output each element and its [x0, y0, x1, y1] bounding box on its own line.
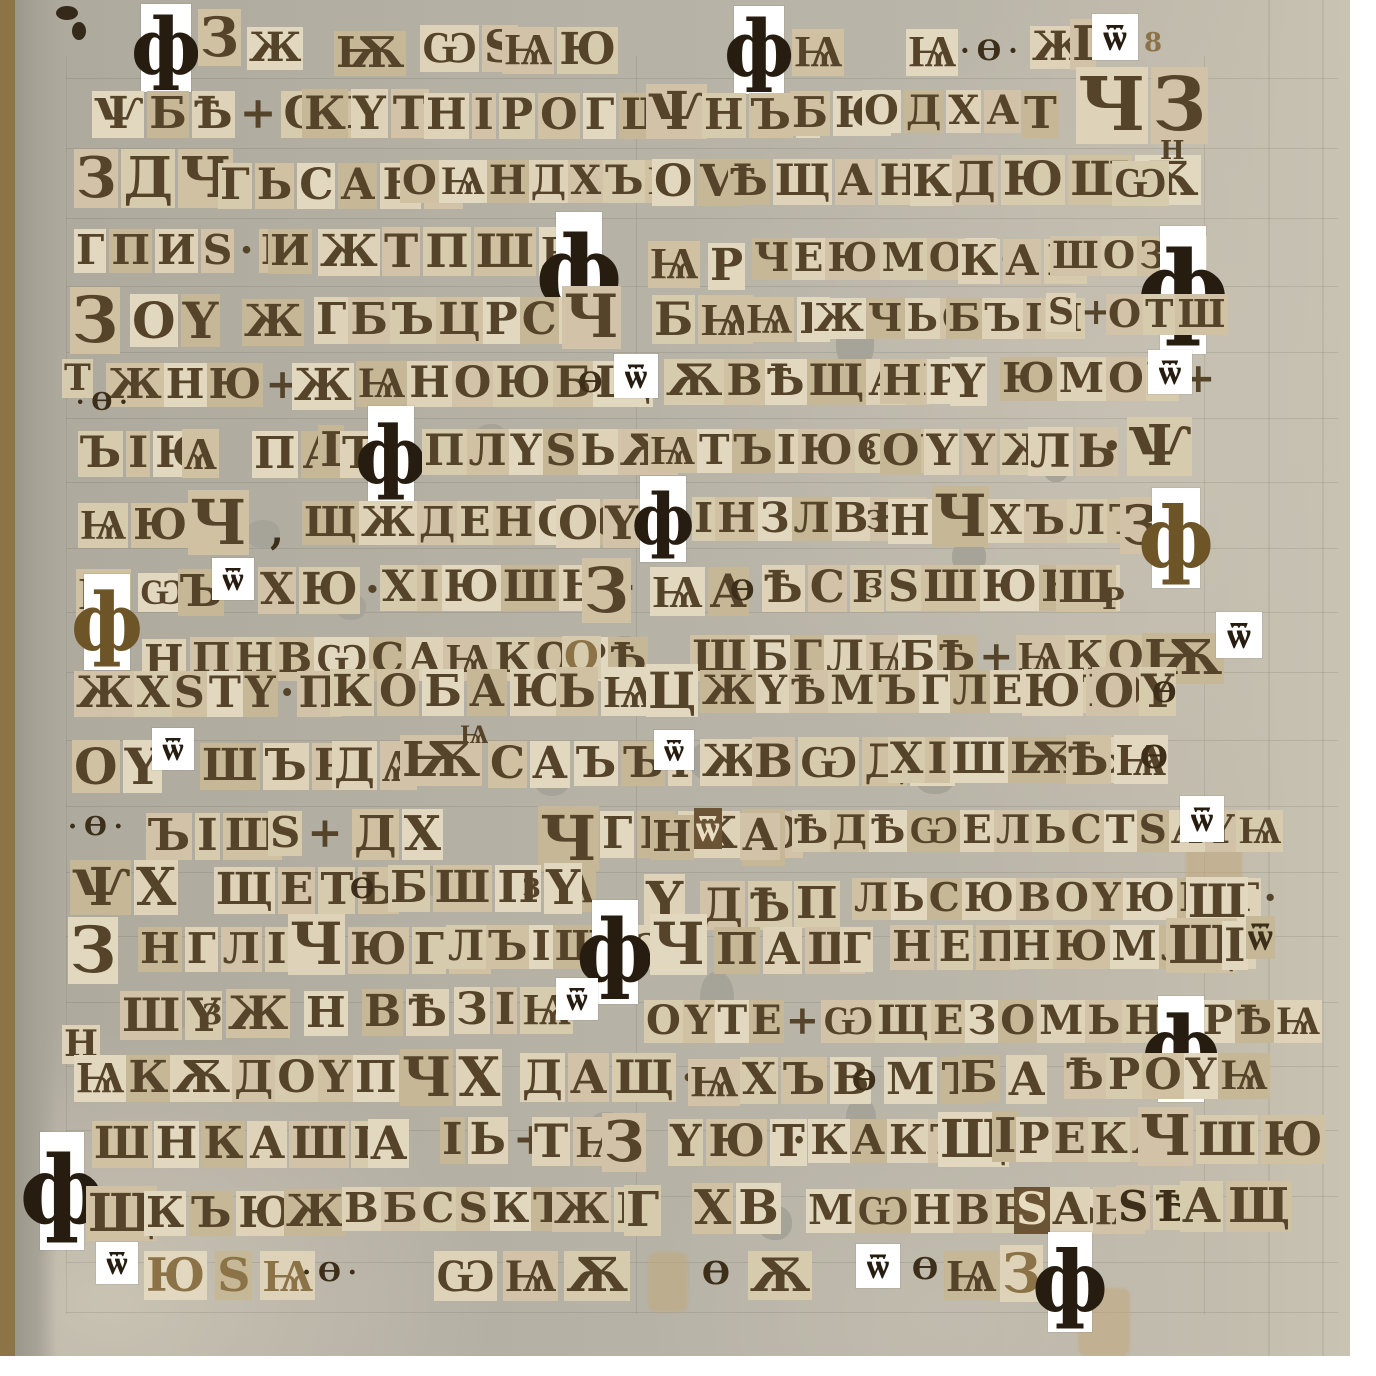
highlight-glyph: ѿ	[867, 1250, 889, 1282]
pasted-letter: Ү	[962, 429, 997, 475]
pasted-letter: Ь	[468, 1117, 508, 1164]
pasted-letter: Ж	[318, 229, 380, 276]
pasted-letter: Л	[792, 497, 832, 541]
pasted-letter: Г	[412, 927, 446, 974]
letter-patch-segment: Ч	[932, 482, 992, 550]
highlight-glyph: ѿ	[1227, 618, 1251, 652]
letter-patch-segment: КОБАЮ	[330, 666, 573, 717]
pasted-letter: Ѳ	[728, 576, 756, 607]
pasted-letter: Ш	[474, 227, 536, 276]
pasted-letter: Ь	[578, 429, 617, 475]
pasted-letter: Ү	[950, 357, 987, 406]
pasted-letter: Т	[697, 429, 732, 473]
pasted-letter: І	[692, 497, 715, 541]
highlight-box-phi: ф	[734, 6, 784, 94]
pasted-letter: А	[984, 90, 1021, 133]
pasted-letter: О	[1092, 667, 1136, 716]
pasted-letter: Г	[218, 163, 252, 209]
pasted-letter: Е	[931, 1000, 966, 1043]
letter-patch-segment: З	[520, 874, 546, 904]
letter-patch-segment: Ж	[226, 986, 293, 1040]
pasted-letter: Ю	[207, 363, 264, 407]
pasted-letter: С	[808, 565, 847, 612]
letter-patch-segment: Г	[624, 1182, 664, 1238]
pasted-letter: К	[330, 669, 374, 716]
pasted-letter: Л	[1067, 499, 1107, 543]
letter-patch-segment: Г	[840, 924, 876, 973]
pasted-letter: Ѳ	[975, 36, 1003, 67]
letter-patch-segment: ЮЅѨ	[144, 1248, 323, 1302]
pasted-letter: Т	[1022, 91, 1059, 138]
letter-patch-segment: НІРОГШ	[424, 90, 681, 140]
pasted-letter: Ѣ	[728, 159, 770, 205]
pasted-letter: Б	[958, 1055, 1000, 1102]
pasted-letter: Е	[749, 1000, 784, 1043]
pasted-letter: О	[1106, 294, 1143, 335]
pasted-letter: ·	[1006, 36, 1020, 67]
highlight-glyph: ѿ	[664, 736, 684, 765]
pasted-letter: Ю	[1261, 1115, 1324, 1164]
highlight-box-ot: ѿ	[1092, 14, 1138, 60]
pasted-letter: З	[856, 437, 879, 466]
pasted-letter: Б	[790, 91, 830, 136]
pasted-letter: П	[252, 431, 298, 478]
pasted-letter: Л	[221, 927, 262, 972]
pasted-letter: А	[850, 1119, 887, 1163]
letter-patch-segment: ·Ѱ	[1100, 414, 1195, 479]
pasted-letter: 8	[1142, 29, 1164, 58]
pasted-letter: Ш	[501, 565, 560, 611]
pasted-letter: Ю	[493, 361, 552, 407]
pasted-letter: Ѩ	[648, 429, 697, 473]
pasted-letter: ·	[237, 229, 255, 273]
highlight-box-phi: ф	[1152, 488, 1200, 588]
pasted-letter: Д	[520, 1053, 565, 1102]
pasted-letter: Л	[950, 670, 989, 713]
pasted-letter: Ѩ	[458, 721, 491, 750]
pasted-letter: Ѕ	[215, 1251, 252, 1300]
highlight-box-ot: ѿ	[1216, 612, 1262, 658]
letter-patch-segment: Ѩ	[648, 238, 703, 289]
pasted-letter: Ж	[74, 671, 134, 717]
letter-patch-segment: Ѳ	[576, 366, 607, 399]
pasted-letter: Ж	[552, 1187, 611, 1232]
pasted-letter: Ѕ	[456, 1187, 490, 1231]
pasted-letter: Ю	[798, 429, 855, 473]
letter-patch-segment: Ѩ	[792, 26, 847, 77]
highlight-glyph: ѿ	[566, 984, 587, 1015]
pasted-letter: Ч	[932, 486, 989, 547]
highlight-box-phi: ф	[141, 4, 191, 92]
pasted-letter: Т	[1104, 810, 1137, 852]
pasted-letter: Н	[424, 93, 469, 139]
letter-patch-segment: Ѱ	[646, 82, 710, 142]
pasted-letter: ·	[958, 36, 972, 67]
pasted-letter: Г	[185, 927, 218, 972]
pasted-letter: Ю	[1123, 878, 1177, 920]
pasted-letter: Ъ	[78, 431, 123, 477]
pasted-letter: Ү	[509, 429, 544, 475]
pasted-letter: А	[1003, 239, 1041, 284]
pasted-letter: Ѕ	[1116, 1185, 1150, 1230]
pasted-letter: Щ	[807, 359, 867, 405]
ink-speck	[72, 22, 86, 40]
highlight-box-ot: ѿ	[212, 558, 254, 600]
pasted-letter: О	[652, 159, 694, 206]
pasted-letter: Ж	[812, 298, 866, 339]
letter-patch-segment: ·Ѳ·	[74, 388, 133, 416]
letter-patch-segment: К	[910, 156, 957, 207]
pasted-letter: Ѣ	[765, 359, 807, 405]
pasted-letter: Ѡ	[434, 1251, 497, 1301]
pasted-letter: А	[1050, 1187, 1090, 1234]
pasted-letter: О	[556, 499, 600, 548]
pasted-letter: Ѩ	[1274, 1000, 1322, 1043]
letter-patch-segment: КҮТ	[302, 86, 432, 140]
pasted-letter: Н	[880, 359, 924, 404]
pasted-letter: Ѱ	[646, 84, 707, 139]
letter-patch-segment: БѨ	[652, 292, 756, 346]
pasted-letter: Ю	[1001, 155, 1066, 205]
letter-patch-segment: Т	[1022, 88, 1062, 139]
letter-patch-segment: Ѳ	[728, 574, 759, 607]
letter-patch-segment: З	[70, 284, 123, 358]
pasted-letter: А	[338, 163, 377, 209]
pasted-letter: С	[420, 1187, 457, 1231]
pasted-letter: Ѡ	[420, 25, 479, 72]
pasted-letter: Ѳ	[82, 813, 109, 842]
pasted-letter: К	[126, 1055, 170, 1102]
pasted-letter: Ѣ	[762, 565, 805, 612]
pasted-letter: М	[828, 670, 876, 713]
pasted-letter: Ѱ	[92, 91, 144, 138]
letter-patch-segment: Ѳ	[700, 1254, 735, 1292]
letter-patch-segment: Ѳ	[1138, 738, 1173, 776]
pasted-letter: Ү	[756, 670, 789, 713]
pasted-letter: Ѫ	[564, 1251, 630, 1301]
pasted-letter: О	[862, 90, 901, 133]
pasted-letter: Ѩ	[439, 160, 487, 203]
pasted-letter: В	[362, 989, 403, 1036]
pasted-letter: Г	[583, 93, 617, 139]
pasted-letter: Ж	[359, 501, 417, 545]
letter-patch-segment: Ѩ	[944, 1248, 1002, 1302]
pasted-letter: Д	[121, 149, 175, 208]
pasted-letter: Ѩ	[503, 1251, 559, 1301]
pasted-letter: Ж	[700, 670, 756, 713]
stain-patch	[648, 1252, 688, 1312]
pasted-letter: Ѣ	[1066, 735, 1111, 784]
pasted-letter: Б	[348, 297, 390, 344]
pasted-letter: Х	[568, 160, 603, 203]
pasted-letter: Ү	[668, 1119, 703, 1166]
pasted-letter: І	[440, 1117, 465, 1164]
pasted-letter: В	[724, 359, 764, 405]
pasted-letter: З	[70, 287, 120, 354]
pasted-letter: Т	[532, 1117, 570, 1166]
letter-patch-segment: ѰХ	[70, 858, 181, 918]
pasted-letter: В	[342, 1187, 381, 1231]
pasted-letter: В	[752, 737, 795, 786]
highlight-glyph: ф	[631, 488, 694, 551]
letter-patch-segment: ОѨНДХЪѨ	[400, 158, 693, 204]
letter-patch-segment: З	[864, 506, 890, 536]
pasted-letter: Ү	[1091, 878, 1123, 920]
highlight-box-phi: ф	[84, 574, 130, 670]
pasted-letter: Б	[147, 91, 189, 138]
pasted-letter: Ъ	[732, 429, 775, 473]
pasted-letter: Ю	[299, 567, 360, 614]
ruling-line	[66, 218, 1338, 219]
pasted-letter: Ш	[950, 737, 1009, 783]
pasted-letter: Х	[456, 1049, 502, 1106]
pasted-letter: Г	[624, 1185, 661, 1236]
pasted-letter: Ю	[980, 565, 1039, 611]
pasted-letter: Р	[1106, 1053, 1142, 1099]
pasted-letter: І	[472, 93, 496, 139]
pasted-letter: К	[302, 89, 348, 138]
pasted-letter: Н	[164, 363, 207, 407]
letter-patch-segment: ДХ	[352, 806, 446, 862]
pasted-letter: І	[1023, 298, 1045, 339]
pasted-letter: З	[582, 558, 631, 623]
pasted-letter: Ю	[442, 565, 501, 611]
letter-patch-segment: ѢРОҮѨ	[1064, 1050, 1270, 1100]
letter-patch-segment: АЩ	[1180, 1178, 1295, 1234]
letter-patch-segment: ШНКАШП	[92, 1118, 399, 1169]
letter-patch-segment: Ѧ	[182, 426, 222, 480]
pasted-letter: О	[538, 93, 579, 139]
highlight-glyph: ф	[355, 419, 427, 491]
pasted-letter: Р	[708, 243, 745, 290]
pasted-letter: ѿ	[1246, 916, 1275, 959]
pasted-letter: Ѩ	[1218, 1053, 1269, 1099]
pasted-letter: Г	[840, 927, 873, 972]
letter-patch-segment: З	[68, 914, 121, 988]
pasted-letter: Х	[258, 567, 296, 614]
letter-patch-segment: ѿ	[1246, 914, 1278, 960]
pasted-letter: +	[784, 1000, 822, 1043]
highlight-glyph: ф	[724, 15, 794, 85]
pasted-letter: Н	[715, 497, 758, 541]
pasted-letter: О	[880, 429, 921, 475]
pasted-letter: Ц	[436, 297, 483, 344]
pasted-letter: Ш	[120, 991, 182, 1040]
pasted-letter: +	[305, 811, 344, 856]
pasted-letter: Е	[937, 925, 973, 970]
pasted-letter: Х	[134, 671, 171, 717]
pasted-letter: Ү	[351, 89, 388, 138]
letter-patch-segment: ЖХЅТҮ·П	[74, 668, 341, 718]
letter-patch-segment: Ү	[950, 354, 990, 408]
pasted-letter: Ѩ	[906, 29, 958, 76]
pasted-letter: С	[488, 741, 527, 788]
pasted-letter: Ѩ	[648, 241, 700, 288]
letter-patch-segment: ШЪР	[200, 740, 352, 791]
pasted-letter: И	[268, 229, 312, 274]
pasted-letter: О	[275, 1055, 317, 1102]
pasted-letter: Ъ	[781, 1057, 827, 1104]
highlight-box-ot: ѿ	[152, 728, 194, 770]
pasted-letter: Ч	[650, 914, 707, 975]
pasted-letter: Ѡ	[855, 1189, 910, 1233]
letter-patch-segment: ѨЮ	[502, 24, 621, 75]
pasted-letter: Ъ	[1024, 499, 1067, 543]
pasted-letter: З	[454, 987, 490, 1034]
pasted-letter: Н	[890, 925, 934, 970]
pasted-letter: Р	[1016, 1117, 1052, 1162]
white-margin-right	[1350, 0, 1376, 1376]
pasted-letter: З	[68, 917, 118, 984]
pasted-letter: Н	[650, 815, 694, 860]
letter-patch-segment: Ж	[247, 25, 306, 71]
letter-patch-segment: НЕП	[890, 922, 1022, 971]
pasted-letter: З	[864, 507, 887, 536]
letter-patch-segment: Ч	[188, 486, 252, 559]
pasted-letter: Т	[207, 671, 243, 717]
pasted-letter: Л	[467, 429, 509, 475]
pasted-letter: Ѱ	[1127, 417, 1192, 476]
white-margin-bottom	[0, 1356, 1376, 1376]
pasted-letter: А	[1006, 1055, 1047, 1104]
pasted-letter: К	[144, 1191, 186, 1236]
pasted-letter: Ѩ	[74, 1055, 126, 1102]
pasted-letter: Ѳ	[1138, 740, 1170, 775]
letter-patch-segment: Н	[650, 812, 697, 861]
pasted-letter: Ѩ	[650, 567, 705, 616]
pasted-letter: О	[1106, 357, 1146, 401]
pasted-letter: Щ	[773, 159, 833, 205]
pasted-letter: Е	[457, 501, 492, 545]
pasted-letter: Н	[487, 160, 529, 203]
pasted-letter: Ч	[1138, 1107, 1193, 1166]
pasted-letter: Ю	[348, 927, 409, 974]
pasted-letter: С	[520, 297, 559, 344]
pasted-letter: Ѩ	[792, 29, 844, 76]
pasted-letter: Ю	[1000, 357, 1057, 401]
ruling-line	[66, 148, 1338, 149]
pasted-letter: К	[958, 239, 1000, 284]
pasted-letter: Ѩ	[1236, 810, 1283, 852]
pasted-letter: Ч	[188, 490, 249, 555]
pasted-letter: Д	[904, 90, 944, 133]
letter-patch-segment: З	[200, 998, 227, 1031]
pasted-letter: Ь	[255, 163, 294, 209]
pasted-letter: Д	[352, 809, 399, 860]
pasted-letter: Ъ	[603, 160, 645, 203]
pasted-letter: П	[422, 429, 467, 475]
pasted-letter: Ш	[200, 743, 260, 790]
pasted-letter: Н	[154, 1121, 200, 1168]
pasted-letter: Ѣ	[789, 670, 828, 713]
pasted-letter: А	[467, 669, 507, 716]
letter-patch-segment: ҮЮТ	[668, 1116, 810, 1167]
pasted-letter: І	[126, 431, 150, 477]
pasted-letter: Ѫ	[664, 359, 724, 405]
pasted-letter: Д	[952, 155, 998, 205]
pasted-letter: Б	[422, 669, 464, 716]
pasted-letter: Ѩ	[744, 297, 794, 342]
pasted-letter: В	[953, 1189, 992, 1233]
letter-patch-segment: Ч	[1138, 1104, 1196, 1169]
pasted-letter: І	[775, 429, 798, 473]
pasted-letter: Ъ	[263, 743, 309, 790]
pasted-letter: Н	[888, 499, 932, 544]
pasted-letter: Ц	[646, 664, 698, 717]
letter-patch-segment: ,	[268, 508, 289, 554]
pasted-letter: Ѫ	[748, 1251, 812, 1300]
letter-patch-segment: Ѭ	[334, 28, 409, 77]
letter-patch-segment: Ц	[646, 662, 701, 720]
pasted-letter: З	[758, 497, 792, 541]
letter-patch-segment: ѿ	[694, 806, 725, 850]
pasted-letter: Е	[792, 238, 826, 280]
pasted-letter: Т	[715, 1000, 749, 1043]
highlight-glyph: ѿ	[1159, 356, 1181, 388]
pasted-letter: Ю	[1022, 669, 1083, 716]
pasted-letter: Ѣ	[1235, 1000, 1274, 1043]
pasted-letter: Ѣ	[792, 810, 830, 852]
pasted-letter: Г	[74, 229, 106, 273]
pasted-letter: І	[992, 1111, 1018, 1162]
pasted-letter: В	[1016, 878, 1053, 920]
pasted-letter: А	[1180, 1181, 1223, 1232]
pasted-letter: ·	[112, 813, 125, 842]
highlight-glyph: ѿ	[162, 734, 183, 765]
highlight-box-ot: ѿ	[654, 730, 694, 770]
letter-patch-segment: Ѩ	[688, 1056, 743, 1107]
letter-patch-segment: СА	[488, 738, 573, 789]
pasted-letter: Ѩ	[688, 1059, 740, 1106]
pasted-letter: Б	[381, 1187, 420, 1231]
pasted-letter: Ѱ	[70, 860, 131, 915]
letter-patch-segment: Ѕ	[1014, 1184, 1053, 1235]
letter-patch-segment: Ж	[284, 1186, 349, 1237]
pasted-letter: Ь	[905, 298, 940, 339]
pasted-letter: З	[602, 1113, 646, 1172]
pasted-letter: Х	[402, 809, 443, 860]
letter-patch-segment: З	[602, 1110, 649, 1175]
pasted-letter: ·	[66, 813, 79, 842]
letter-patch-segment: ЧЗ	[1076, 62, 1211, 148]
pasted-letter: І	[925, 737, 949, 783]
letter-patch-segment: Ч	[650, 910, 710, 978]
pasted-letter: ·	[1100, 417, 1124, 476]
pasted-letter: Д	[830, 810, 869, 852]
pasted-letter: ·	[346, 1259, 359, 1288]
pasted-letter: Ѳ	[910, 1254, 940, 1287]
letter-patch-segment: З	[856, 436, 882, 466]
pasted-letter: Ю	[962, 878, 1016, 920]
pasted-letter: Ѡ	[798, 737, 860, 786]
pasted-letter: Г	[314, 297, 348, 344]
letter-patch-segment: З	[862, 574, 888, 604]
pasted-letter: П	[353, 1055, 399, 1102]
pasted-letter: Е	[990, 670, 1025, 713]
letter-patch-segment: ШЮ	[1196, 1112, 1328, 1166]
pasted-letter: Д	[232, 1055, 275, 1102]
letter-patch-segment: КЪЮ	[144, 1188, 297, 1237]
pasted-letter: ·	[790, 1119, 808, 1163]
highlight-glyph: ѿ	[625, 360, 647, 392]
letter-patch-segment: Н	[1158, 136, 1190, 166]
pasted-letter: Т	[382, 227, 420, 276]
pasted-letter: Ѣ	[406, 989, 449, 1036]
pasted-letter: ·	[117, 389, 129, 415]
letter-patch-segment: Н	[888, 496, 935, 545]
pasted-letter: Ү	[318, 1055, 353, 1102]
pasted-letter: Н	[138, 927, 182, 972]
